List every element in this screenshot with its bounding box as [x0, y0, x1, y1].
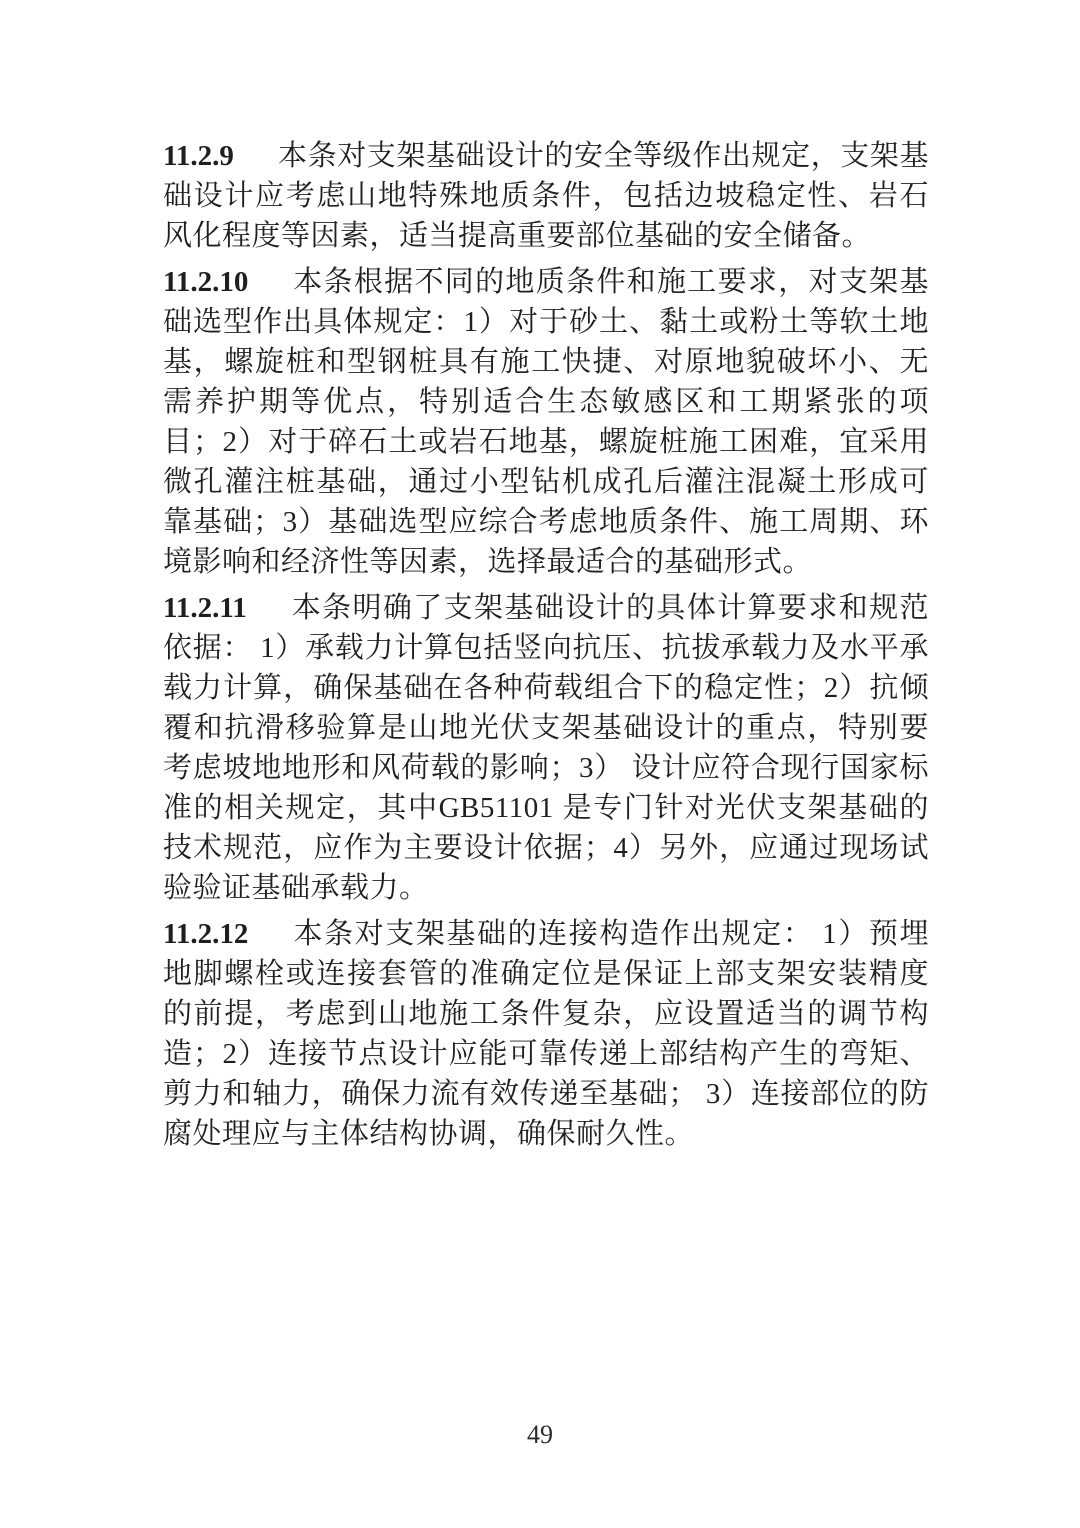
section-number: 11.2.10: [163, 266, 248, 298]
paragraph-text: 本条根据不同的地质条件和施工要求，对支架基础选型作出具体规定：1）对于砂土、黏土…: [163, 266, 929, 578]
section-number: 11.2.12: [163, 918, 248, 950]
section-number: 11.2.9: [163, 140, 234, 172]
paragraph: 11.2.10本条根据不同的地质条件和施工要求，对支架基础选型作出具体规定：1）…: [163, 262, 929, 582]
page-number: 49: [0, 1420, 1080, 1450]
section-number: 11.2.11: [163, 592, 247, 624]
document-page: 11.2.9本条对支架基础设计的安全等级作出规定，支架基础设计应考虑山地特殊地质…: [0, 0, 1080, 1528]
paragraph: 11.2.9本条对支架基础设计的安全等级作出规定，支架基础设计应考虑山地特殊地质…: [163, 136, 929, 256]
paragraph: 11.2.11本条明确了支架基础设计的具体计算要求和规范依据： 1）承载力计算包…: [163, 588, 929, 908]
document-body: 11.2.9本条对支架基础设计的安全等级作出规定，支架基础设计应考虑山地特殊地质…: [163, 136, 929, 1160]
paragraph-text: 本条对支架基础的连接构造作出规定： 1）预埋地脚螺栓或连接套管的准确定位是保证上…: [163, 918, 929, 1150]
paragraph-text: 本条明确了支架基础设计的具体计算要求和规范依据： 1）承载力计算包括竖向抗压、抗…: [163, 592, 929, 904]
paragraph: 11.2.12本条对支架基础的连接构造作出规定： 1）预埋地脚螺栓或连接套管的准…: [163, 914, 929, 1154]
paragraph-text: 本条对支架基础设计的安全等级作出规定，支架基础设计应考虑山地特殊地质条件，包括边…: [163, 140, 929, 252]
